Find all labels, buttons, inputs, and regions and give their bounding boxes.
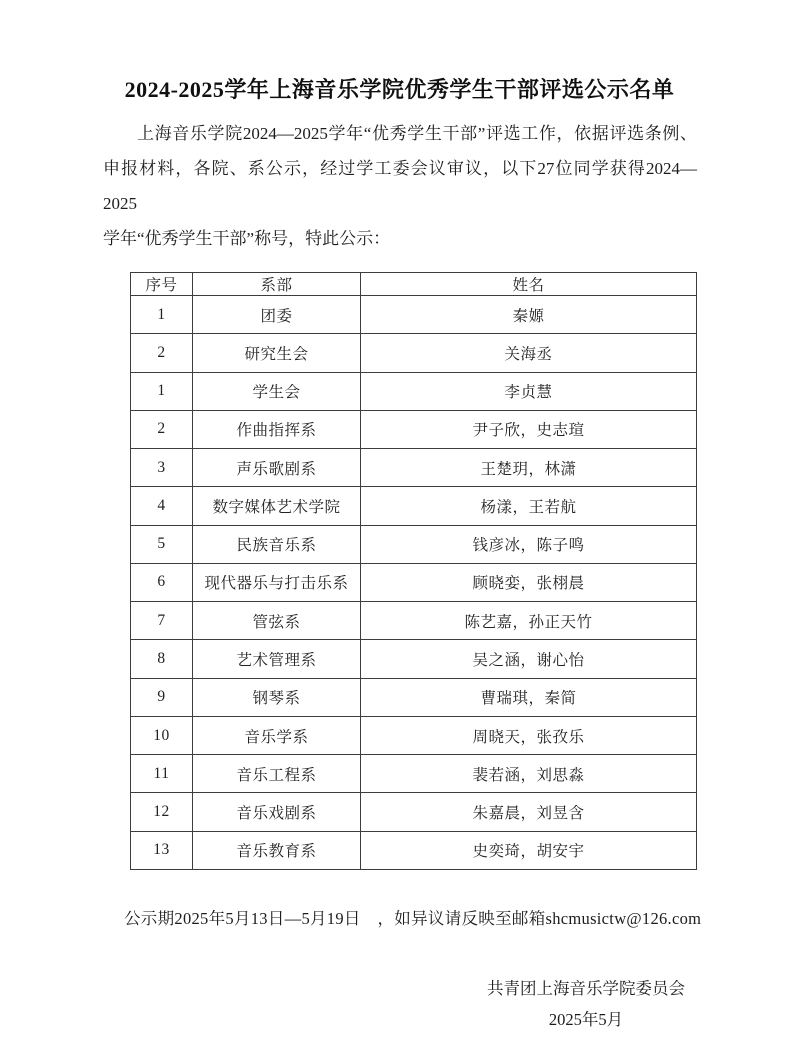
intro-line-1: 上海音乐学院2024—2025学年“优秀学生干部”评选工作，依据评选条例、: [103, 116, 697, 151]
cell-index: 3: [131, 449, 193, 487]
table-row: 13 音乐教育系 史奕琦，胡安宇: [131, 831, 697, 869]
announcement-table: 序号 系部 姓名 1 团委 秦嫄 2 研究生会 关海丞 1 学生会 李贞慧: [130, 272, 697, 870]
intro-line-2: 申报材料，各院、系公示，经过学工委会议审议，以下27位同学获得2024—2025: [103, 151, 697, 221]
table-row: 12 音乐戏剧系 朱嘉晨，刘昱含: [131, 793, 697, 831]
cell-department: 研究生会: [193, 334, 361, 372]
intro-paragraph: 上海音乐学院2024—2025学年“优秀学生干部”评选工作，依据评选条例、 申报…: [103, 116, 697, 256]
cell-department: 作曲指挥系: [193, 410, 361, 448]
cell-department: 音乐戏剧系: [193, 793, 361, 831]
cell-department: 团委: [193, 296, 361, 334]
col-header-index: 序号: [131, 273, 193, 296]
cell-department: 数字媒体艺术学院: [193, 487, 361, 525]
col-header-name: 姓名: [361, 273, 697, 296]
cell-index: 9: [131, 678, 193, 716]
cell-department: 声乐歌剧系: [193, 449, 361, 487]
cell-names: 王楚玥，林潇: [361, 449, 697, 487]
cell-department: 音乐教育系: [193, 831, 361, 869]
cell-names: 裴若涵，刘思淼: [361, 755, 697, 793]
cell-department: 艺术管理系: [193, 640, 361, 678]
table-row: 1 学生会 李贞慧: [131, 372, 697, 410]
notice-text: 公示期2025年5月13日—5月19日 ，如异议请反映至邮箱shcmusictw…: [124, 905, 799, 929]
cell-index: 11: [131, 755, 193, 793]
cell-names: 吴之涵，谢心怡: [361, 640, 697, 678]
cell-names: 关海丞: [361, 334, 697, 372]
signature-org: 共青团上海音乐学院委员会: [487, 973, 685, 1004]
cell-index: 1: [131, 296, 193, 334]
page-title: 2024-2025学年上海音乐学院优秀学生干部评选公示名单: [0, 76, 799, 104]
table-row: 10 音乐学系 周晓天，张孜乐: [131, 716, 697, 754]
cell-department: 音乐学系: [193, 716, 361, 754]
table-row: 6 现代器乐与打击乐系 顾晓娈，张栩晨: [131, 563, 697, 601]
table-row: 11 音乐工程系 裴若涵，刘思淼: [131, 755, 697, 793]
cell-names: 顾晓娈，张栩晨: [361, 563, 697, 601]
col-header-department: 系部: [193, 273, 361, 296]
cell-department: 钢琴系: [193, 678, 361, 716]
cell-names: 尹子欣，史志瑄: [361, 410, 697, 448]
table-row: 1 团委 秦嫄: [131, 296, 697, 334]
cell-index: 2: [131, 410, 193, 448]
cell-names: 杨漾，王若航: [361, 487, 697, 525]
table-row: 3 声乐歌剧系 王楚玥，林潇: [131, 449, 697, 487]
cell-department: 音乐工程系: [193, 755, 361, 793]
cell-index: 8: [131, 640, 193, 678]
intro-line-3: 学年“优秀学生干部”称号，特此公示：: [103, 221, 697, 256]
table-row: 7 管弦系 陈艺嘉，孙正天竹: [131, 602, 697, 640]
cell-index: 10: [131, 716, 193, 754]
table-row: 2 作曲指挥系 尹子欣，史志瑄: [131, 410, 697, 448]
cell-names: 朱嘉晨，刘昱含: [361, 793, 697, 831]
cell-department: 学生会: [193, 372, 361, 410]
cell-names: 陈艺嘉，孙正天竹: [361, 602, 697, 640]
cell-department: 现代器乐与打击乐系: [193, 563, 361, 601]
cell-index: 6: [131, 563, 193, 601]
table-row: 5 民族音乐系 钱彦冰，陈子鸣: [131, 525, 697, 563]
table-row: 9 钢琴系 曹瑞琪，秦简: [131, 678, 697, 716]
table-row: 4 数字媒体艺术学院 杨漾，王若航: [131, 487, 697, 525]
cell-names: 曹瑞琪，秦简: [361, 678, 697, 716]
cell-index: 7: [131, 602, 193, 640]
cell-index: 5: [131, 525, 193, 563]
cell-department: 管弦系: [193, 602, 361, 640]
cell-index: 12: [131, 793, 193, 831]
signature-date: 2025年5月: [487, 1004, 685, 1035]
table-row: 8 艺术管理系 吴之涵，谢心怡: [131, 640, 697, 678]
cell-names: 李贞慧: [361, 372, 697, 410]
cell-index: 1: [131, 372, 193, 410]
cell-names: 周晓天，张孜乐: [361, 716, 697, 754]
table-header-row: 序号 系部 姓名: [131, 273, 697, 296]
table-row: 2 研究生会 关海丞: [131, 334, 697, 372]
cell-names: 秦嫄: [361, 296, 697, 334]
signature-block: 共青团上海音乐学院委员会 2025年5月: [0, 973, 799, 1035]
cell-department: 民族音乐系: [193, 525, 361, 563]
cell-index: 2: [131, 334, 193, 372]
cell-names: 钱彦冰，陈子鸣: [361, 525, 697, 563]
cell-index: 4: [131, 487, 193, 525]
cell-index: 13: [131, 831, 193, 869]
cell-names: 史奕琦，胡安宇: [361, 831, 697, 869]
